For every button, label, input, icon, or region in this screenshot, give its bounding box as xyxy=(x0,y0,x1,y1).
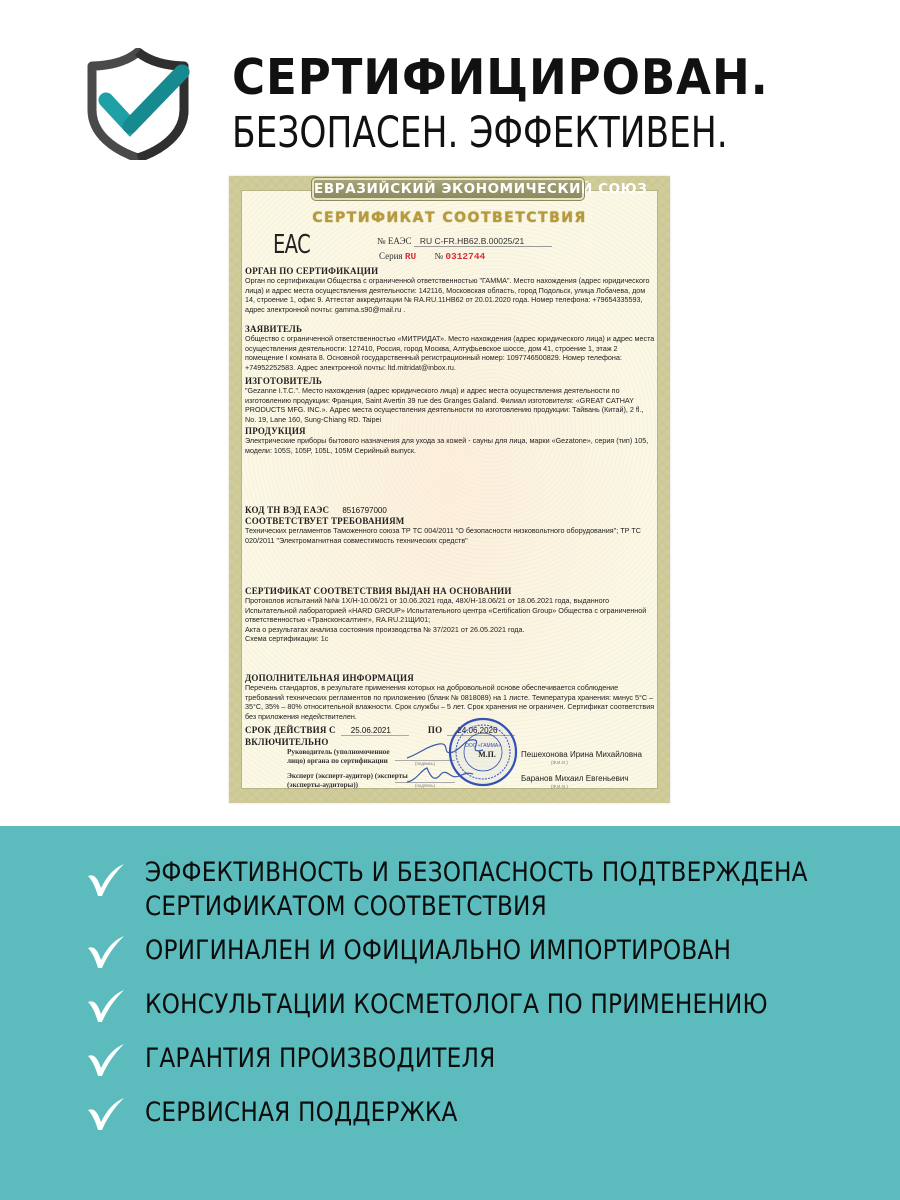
section-text: "Gezanne I.T.C.". Место нахождения (адре… xyxy=(245,386,655,424)
number-label: № xyxy=(434,251,443,261)
section-heading: ПРОДУКЦИЯ xyxy=(245,426,655,436)
section-heading: СЕРТИФИКАТ СООТВЕТСТВИЯ ВЫДАН НА ОСНОВАН… xyxy=(245,586,655,596)
feature-text: ЭФФЕКТИВНОСТЬ И БЕЗОПАСНОСТЬ ПОДТВЕРЖДЕН… xyxy=(145,856,808,890)
shield-check-icon xyxy=(86,48,190,160)
section-heading: ДОПОЛНИТЕЛЬНАЯ ИНФОРМАЦИЯ xyxy=(245,673,655,683)
feature-text: ГАРАНТИЯ ПРОИЗВОДИТЕЛЯ xyxy=(145,1042,495,1076)
section-text: Технических регламентов Таможенного союз… xyxy=(245,526,655,545)
series-number: Серия RU № 0312744 xyxy=(379,251,485,262)
expert-name: Баранов Михаил Евгеньевич xyxy=(521,774,629,783)
certificate-title: СЕРТИФИКАТ СООТВЕТСТВИЯ xyxy=(229,210,670,226)
headline-main: СЕРТИФИЦИРОВАН. xyxy=(232,50,802,106)
head-signature-label: Руководитель (уполномоченное лицо) орган… xyxy=(287,748,397,766)
header: СЕРТИФИЦИРОВАН. БЕЗОПАСЕН. ЭФФЕКТИВЕН. xyxy=(0,0,900,170)
stamp-org-text: ООО «ГАММА» xyxy=(465,743,501,749)
feature-text: КОНСУЛЬТАЦИИ КОСМЕТОЛОГА ПО ПРИМЕНЕНИЮ xyxy=(145,988,768,1022)
registration-value: RU C-FR.HB62.B.00025/21 xyxy=(414,236,552,247)
section-requirements: СООТВЕТСТВУЕТ ТРЕБОВАНИЯМ Технических ре… xyxy=(245,516,655,545)
eac-mark: ЕАС xyxy=(273,230,310,260)
series-label: Серия xyxy=(379,251,403,261)
validity-from-label: СРОК ДЕЙСТВИЯ С xyxy=(245,725,336,735)
section-text: Орган по сертификации Общества с огранич… xyxy=(245,276,655,314)
number-value: 0312744 xyxy=(445,251,485,262)
checkmark-icon xyxy=(86,1042,126,1078)
feature-text: ОРИГИНАЛЕН И ОФИЦИАЛЬНО ИМПОРТИРОВАН xyxy=(145,934,731,968)
certificate-image: ЕВРАЗИЙСКИЙ ЭКОНОМИЧЕСКИЙ СОЮЗ СЕРТИФИКА… xyxy=(229,176,670,803)
certificate-banner: ЕВРАЗИЙСКИЙ ЭКОНОМИЧЕСКИЙ СОЮЗ xyxy=(312,178,584,200)
section-text: Электрические приборы бытового назначени… xyxy=(245,436,655,455)
validity-from-date: 25.06.2021 xyxy=(341,726,409,736)
head-name: Пешехонова Ирина Михайловна xyxy=(521,750,642,759)
feature-text: СЕРВИСНАЯ ПОДДЕРЖКА xyxy=(145,1096,458,1130)
hs-code-value: 8516797000 xyxy=(342,506,387,515)
section-text: Акта о результатах анализа состояния про… xyxy=(245,625,655,635)
section-heading: ОРГАН ПО СЕРТИФИКАЦИИ xyxy=(245,266,655,276)
fio-caption: (Ф.И.О.) xyxy=(551,760,568,765)
stamp-mp-text: М.П. xyxy=(478,750,496,759)
section-text: Схема сертификации: 1с xyxy=(245,634,655,644)
registration-label: № ЕАЭС xyxy=(377,236,412,246)
section-certification-body: ОРГАН ПО СЕРТИФИКАЦИИ Орган по сертифика… xyxy=(245,266,655,314)
section-heading: СООТВЕТСТВУЕТ ТРЕБОВАНИЯМ xyxy=(245,516,655,526)
stamp-seal-icon: ООО «ГАММА» М.П. xyxy=(447,716,519,788)
section-basis: СЕРТИФИКАТ СООТВЕТСТВИЯ ВЫДАН НА ОСНОВАН… xyxy=(245,586,655,644)
registration-number: № ЕАЭС RU C-FR.HB62.B.00025/21 xyxy=(377,236,552,246)
feature-text: СЕРТИФИКАТОМ СООТВЕТСТВИЯ xyxy=(145,890,547,924)
features-band: ЭФФЕКТИВНОСТЬ И БЕЗОПАСНОСТЬ ПОДТВЕРЖДЕН… xyxy=(0,826,900,1200)
headline-sub: БЕЗОПАСЕН. ЭФФЕКТИВЕН. xyxy=(232,108,728,158)
section-heading: ИЗГОТОВИТЕЛЬ xyxy=(245,376,655,386)
section-applicant: ЗАЯВИТЕЛЬ Общество с ограниченной ответс… xyxy=(245,324,655,372)
section-text: Протоколов испытаний №№ 1Х/Н-10.06/21 от… xyxy=(245,596,655,625)
section-manufacturer: ИЗГОТОВИТЕЛЬ "Gezanne I.T.C.". Место нах… xyxy=(245,376,655,424)
fio-caption: (Ф.И.О.) xyxy=(551,784,568,789)
section-additional-info: ДОПОЛНИТЕЛЬНАЯ ИНФОРМАЦИЯ Перечень станд… xyxy=(245,673,655,721)
checkmark-icon xyxy=(86,988,126,1024)
section-heading: КОД ТН ВЭД ЕАЭС xyxy=(245,505,329,515)
section-heading: ЗАЯВИТЕЛЬ xyxy=(245,324,655,334)
headline: СЕРТИФИЦИРОВАН. БЕЗОПАСЕН. ЭФФЕКТИВЕН. xyxy=(232,50,852,158)
section-product: ПРОДУКЦИЯ Электрические приборы бытового… xyxy=(245,426,655,455)
section-hs-code: КОД ТН ВЭД ЕАЭС 8516797000 xyxy=(245,498,655,517)
checkmark-icon xyxy=(86,934,126,970)
section-text: Общество с ограниченной ответственностью… xyxy=(245,334,655,372)
checkmark-icon xyxy=(86,862,126,898)
series-value: RU xyxy=(405,251,416,262)
checkmark-icon xyxy=(86,1096,126,1132)
